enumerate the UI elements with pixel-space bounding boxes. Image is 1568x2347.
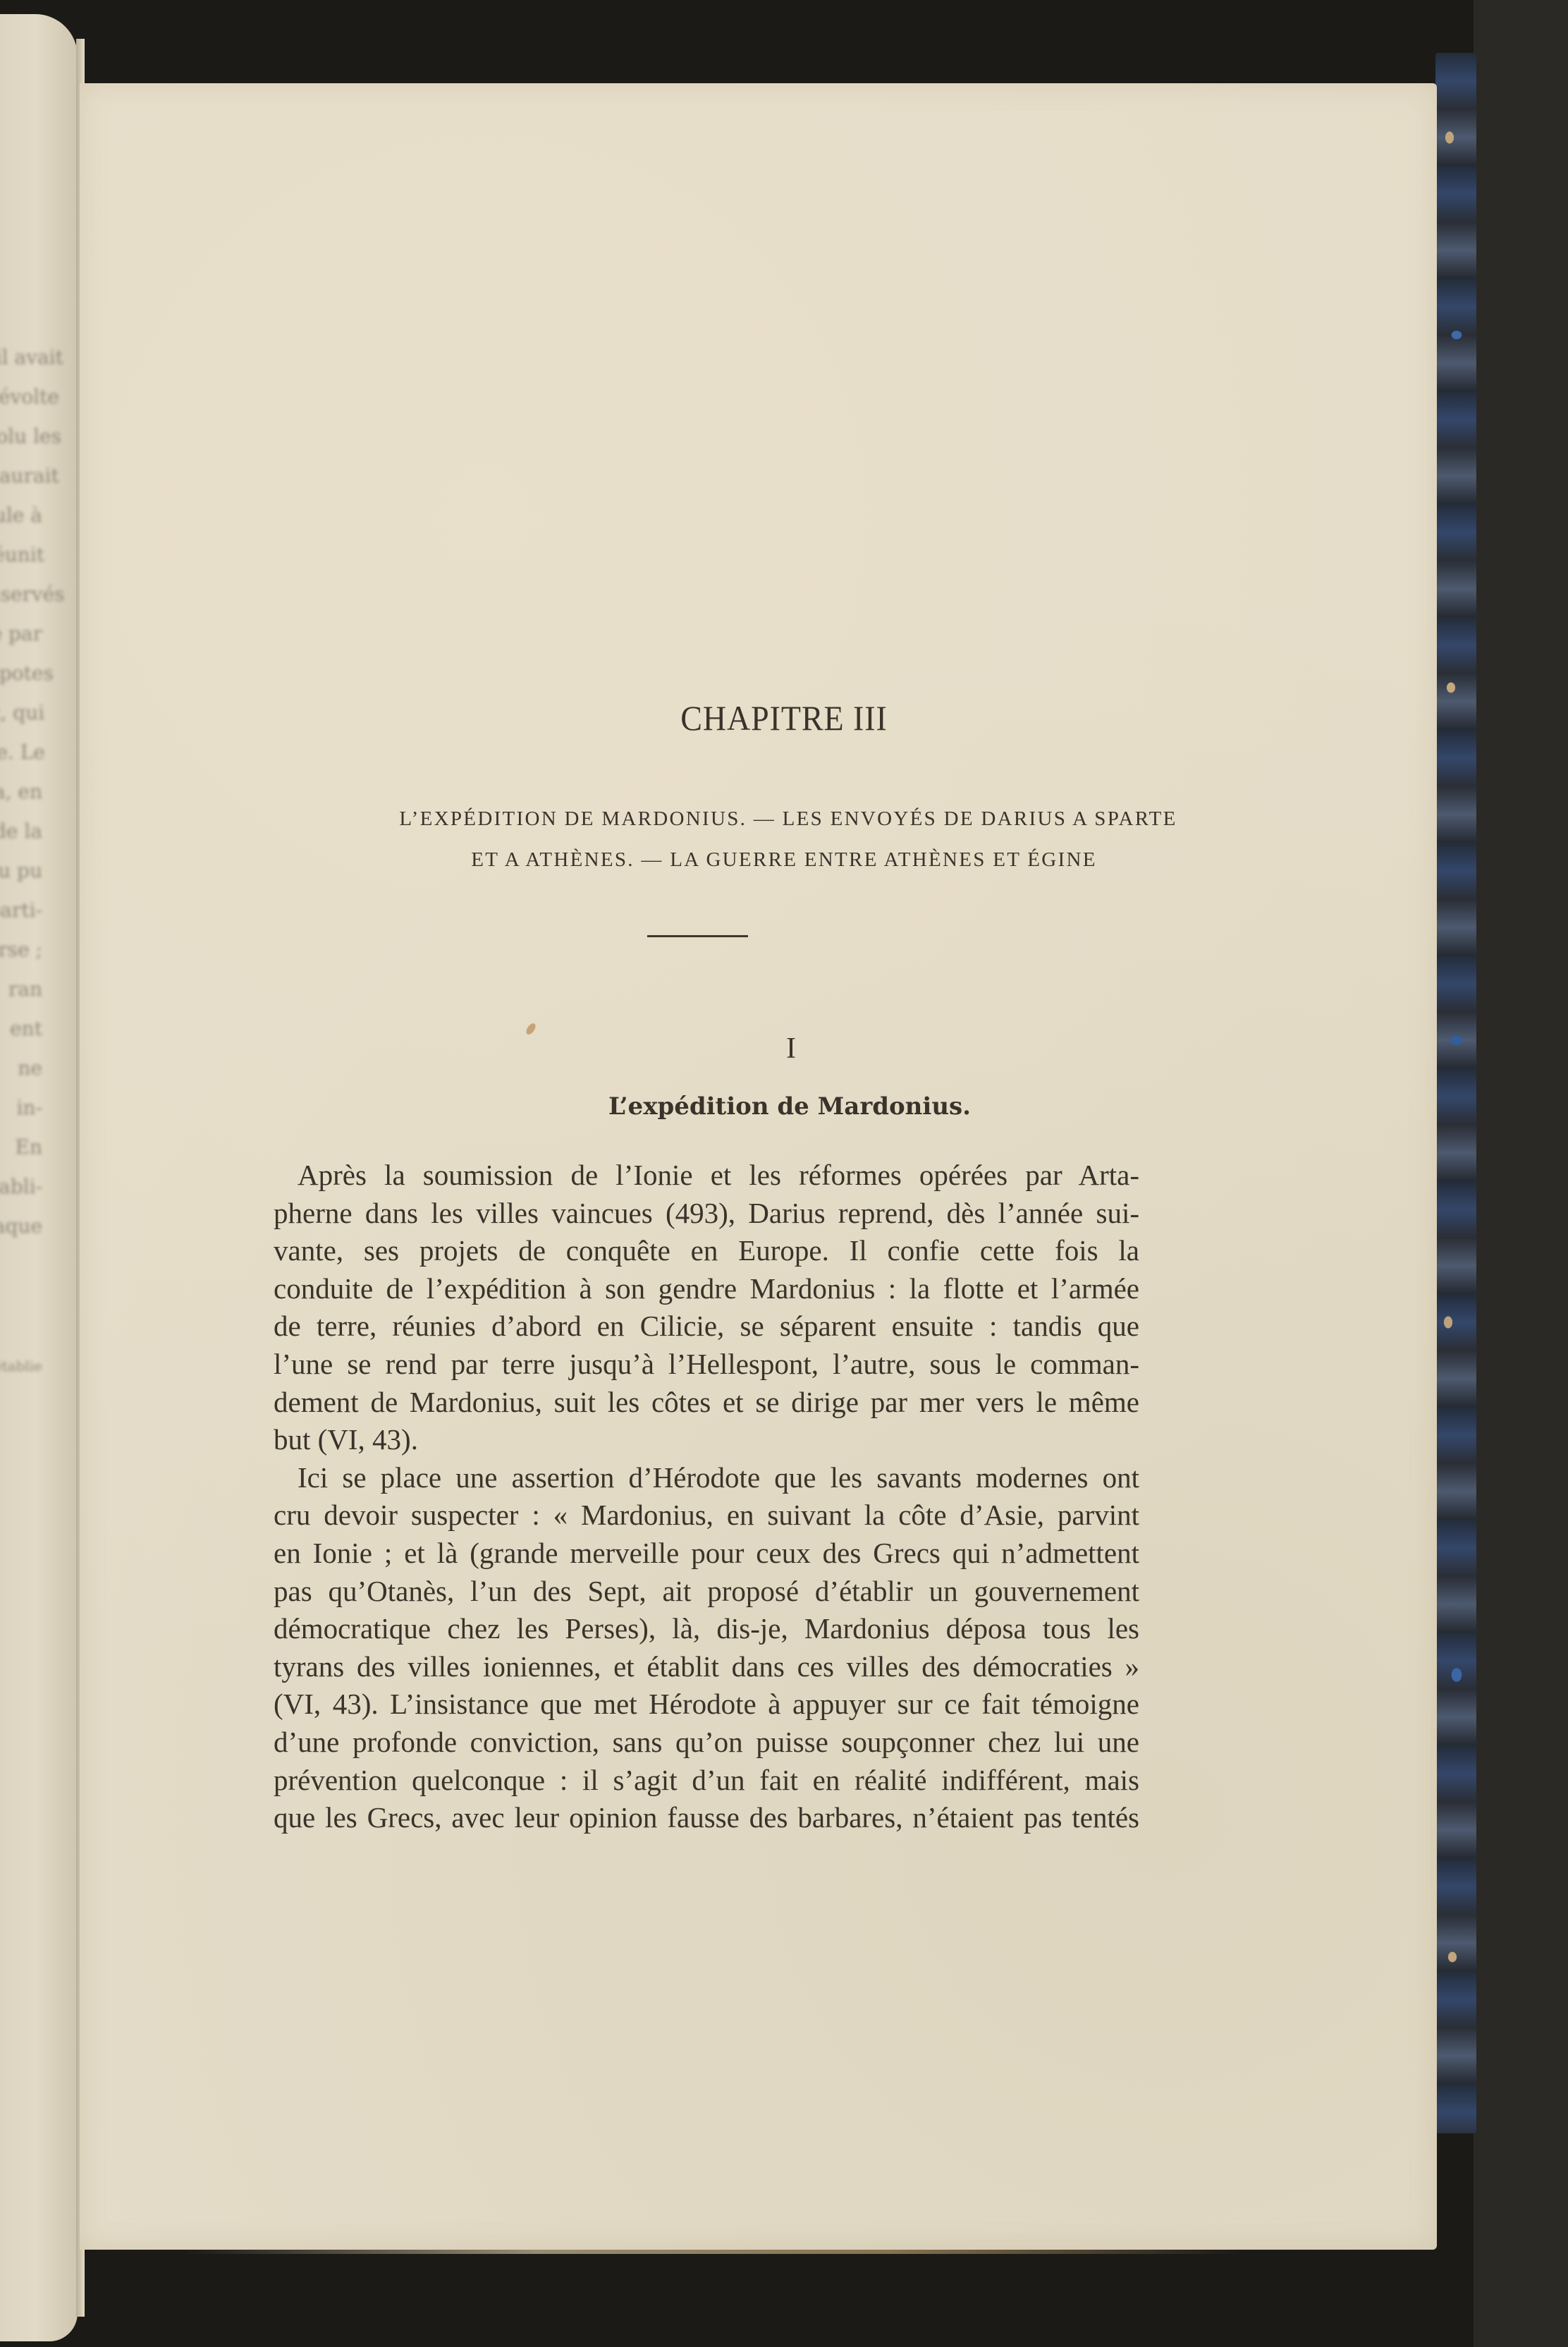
ghost-text-line: rse ;: [0, 938, 42, 961]
ghost-text-line: résolu les: [0, 425, 42, 448]
body-text: Après la soumission de l’Ionie et les ré…: [274, 1157, 1139, 1837]
text-line: conduite de l’expédition à son gendre Ma…: [274, 1270, 1139, 1308]
ghost-text-line: eux, qui: [0, 701, 42, 724]
ghost-text-line: parti-: [0, 898, 42, 922]
ghost-text-line: despotes: [0, 662, 42, 685]
text-line: Après la soumission de l’Ionie et les ré…: [274, 1157, 1139, 1195]
text-line: dement de Mardonius, suit les côtes et s…: [274, 1384, 1139, 1422]
chapter-title: CHAPITRE III: [63, 700, 1505, 736]
left-page-fragment: qu'il avaitla révolterésolu lesse, aurai…: [0, 14, 78, 2341]
ghost-text-line: il réunit: [0, 543, 42, 566]
text-line: d’une profonde conviction, sans qu’on pu…: [274, 1724, 1139, 1762]
ghost-text-line: seule à: [0, 504, 42, 527]
ghost-text-line: la révolte: [0, 385, 42, 408]
text-line: but (VI, 43).: [274, 1421, 1139, 1459]
ghost-text-line: se, aurait: [0, 464, 42, 487]
text-line: en Ionie ; et là (grande merveille pour …: [274, 1535, 1139, 1573]
ghost-footnote: établie: [0, 1358, 42, 1374]
section-title: L’expédition de Mardonius.: [0, 1095, 1568, 1118]
text-line: vante, ses projets de conquête en Europe…: [274, 1232, 1139, 1270]
paragraph-2: Ici se place une assertion d’Hérodote qu…: [274, 1459, 1139, 1837]
chapter-subtitle-line-2: ET A ATHÈNES. — LA GUERRE ENTRE ATHÈNES …: [0, 850, 1568, 870]
text-line: l’une se rend par terre jusqu’à l’Helles…: [274, 1346, 1139, 1384]
section-number: I: [0, 1034, 1568, 1063]
ghost-text-line: ran: [0, 977, 42, 1001]
text-line: démocratique chez les Perses), là, dis-j…: [274, 1610, 1139, 1648]
text-line: tyrans des villes ioniennes, et établit …: [274, 1648, 1139, 1686]
ghost-text-line: En: [0, 1135, 42, 1159]
text-line: que les Grecs, avec leur opinion fausse …: [274, 1799, 1139, 1837]
separator-rule: [647, 935, 748, 937]
ghost-text-line: ura, en: [0, 780, 42, 803]
ghost-text-line: aque: [0, 1214, 42, 1238]
text-line: pherne dans les villes vaincues (493), D…: [274, 1195, 1139, 1233]
ghost-text-line: conservés: [0, 583, 42, 606]
ghost-text-line: abli-: [0, 1175, 42, 1198]
text-line: de terre, réunies d’abord en Cilicie, se…: [274, 1307, 1139, 1346]
text-line: Ici se place une assertion d’Hérodote qu…: [274, 1459, 1139, 1497]
dark-background: [1474, 0, 1568, 2347]
ghost-text-line: erse. Le: [0, 740, 42, 764]
text-line: (VI, 43). L’insistance que met Hérodote …: [274, 1685, 1139, 1724]
marbled-cover-edge: [1435, 53, 1476, 2133]
ghost-text-line: cité par: [0, 622, 42, 645]
text-line: prévention quelconque : il s’agit d’un f…: [274, 1762, 1139, 1800]
text-line: pas qu’Otanès, l’un des Sept, ait propos…: [274, 1573, 1139, 1611]
page-bottom-edge: [183, 2250, 1241, 2254]
ghost-text-line: qu'il avait: [0, 346, 42, 369]
text-line: cru devoir suspecter : « Mardonius, en s…: [274, 1496, 1139, 1535]
paragraph-1: Après la soumission de l’Ionie et les ré…: [274, 1157, 1139, 1459]
chapter-subtitle-line-1: L’EXPÉDITION DE MARDONIUS. — LES ENVOYÉS…: [0, 809, 1568, 829]
